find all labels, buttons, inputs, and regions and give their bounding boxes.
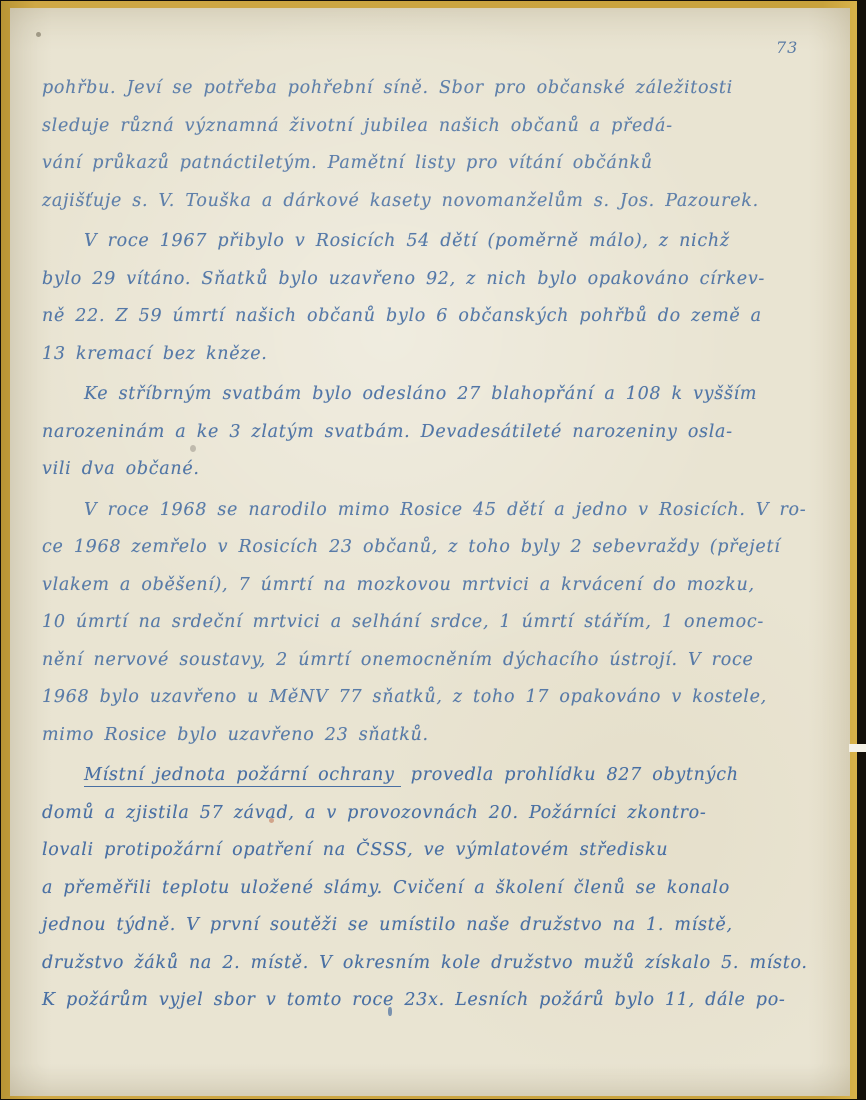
text-line-with-heading: Místní jednota požární ochrany provedla … <box>42 757 838 795</box>
text-line: K požárům vyjel sbor v tomto roce 23x. L… <box>42 982 838 1020</box>
text-line: vání průkazů patnáctiletým. Pamětní list… <box>42 145 838 183</box>
underlined-heading: Místní jednota požární ochrany <box>84 765 401 787</box>
text-line: pohřbu. Jeví se potřeba pohřební síně. S… <box>42 70 838 108</box>
scan-speck <box>36 32 41 37</box>
text-line: jednou týdně. V první soutěži se umístil… <box>42 907 838 945</box>
text-line: narozeninám a ke 3 zlatým svatbám. Devad… <box>42 414 838 452</box>
text-line: mimo Rosice bylo uzavřeno 23 sňatků. <box>42 717 838 755</box>
text-line: 1968 bylo uzavřeno u MěNV 77 sňatků, z t… <box>42 679 838 717</box>
scan-speck <box>269 818 274 823</box>
text-line: lovali protipožární opatření na ČSSS, ve… <box>42 832 838 870</box>
text-line: nění nervové soustavy, 2 úmrtí onemocněn… <box>42 642 838 680</box>
heading-rest: provedla prohlídku 827 obytných <box>401 765 739 785</box>
text-line: a přeměřili teplotu uložené slámy. Cviče… <box>42 870 838 908</box>
paragraph-1967-statistics: V roce 1967 přibylo v Rosicích 54 dětí (… <box>42 223 838 373</box>
text-line: Ke stříbrným svatbám bylo odesláno 27 bl… <box>42 376 838 414</box>
text-line: 13 kremací bez kněze. <box>42 336 838 374</box>
page-number: 73 <box>776 38 798 57</box>
scan-smudge <box>190 445 196 452</box>
paragraph-congratulations: Ke stříbrným svatbám bylo odesláno 27 bl… <box>42 376 838 489</box>
handwritten-text-block: pohřbu. Jeví se potřeba pohřební síně. S… <box>42 70 838 1023</box>
manuscript-paper: 73 pohřbu. Jeví se potřeba pohřební síně… <box>10 8 850 1096</box>
text-line: domů a zjistila 57 závad, a v provozovná… <box>42 795 838 833</box>
scanned-chronicle-page: 73 pohřbu. Jeví se potřeba pohřební síně… <box>0 0 866 1100</box>
ink-speck <box>388 1007 392 1016</box>
text-line: vlakem a oběšení), 7 úmrtí na mozkovou m… <box>42 567 838 605</box>
text-line: sleduje různá významná životní jubilea n… <box>42 108 838 146</box>
text-line: družstvo žáků na 2. místě. V okresním ko… <box>42 945 838 983</box>
text-line: bylo 29 vítáno. Sňatků bylo uzavřeno 92,… <box>42 261 838 299</box>
text-line: vili dva občané. <box>42 451 838 489</box>
paragraph-1968-statistics: V roce 1968 se narodilo mimo Rosice 45 d… <box>42 492 838 755</box>
paragraph-civic-affairs: pohřbu. Jeví se potřeba pohřební síně. S… <box>42 70 838 220</box>
text-line: 10 úmrtí na srdeční mrtvici a selhání sr… <box>42 604 838 642</box>
text-line: zajišťuje s. V. Touška a dárkové kasety … <box>42 183 838 221</box>
right-edge-notch <box>849 744 866 752</box>
text-line: ce 1968 zemřelo v Rosicích 23 občanů, z … <box>42 529 838 567</box>
text-line: V roce 1968 se narodilo mimo Rosice 45 d… <box>42 492 838 530</box>
text-line: V roce 1967 přibylo v Rosicích 54 dětí (… <box>42 223 838 261</box>
paragraph-fire-brigade: Místní jednota požární ochrany provedla … <box>42 757 838 1020</box>
text-line: ně 22. Z 59 úmrtí našich občanů bylo 6 o… <box>42 298 838 336</box>
